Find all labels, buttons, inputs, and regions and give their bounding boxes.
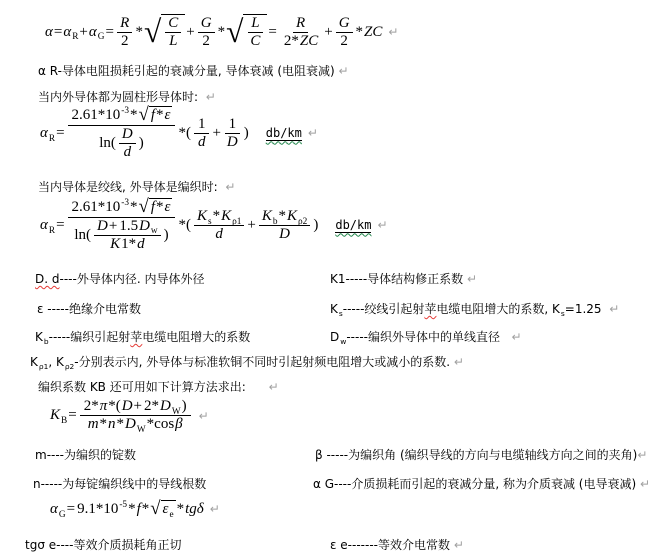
math-var: R: [120, 15, 129, 32]
text-run: β -----为编织角 (编织导线的方向与电缆轴线方向之间的夹角): [315, 448, 637, 462]
math-var: α: [40, 125, 48, 141]
math-numerator: D+1.5Dw: [94, 218, 161, 236]
math-var: K: [262, 208, 272, 224]
math-denominator: 2*ZC: [280, 33, 321, 50]
math-operator: *(: [177, 217, 192, 234]
math-subscript: b: [273, 217, 278, 227]
definition-K1: K1-----导体结构修正系数 ↵: [330, 272, 477, 288]
math-superscript: -5: [119, 500, 127, 510]
math-operator: *: [141, 501, 151, 518]
pilcrow-mark: ↵: [388, 25, 398, 39]
math-operator: =: [267, 24, 277, 41]
math-operator: *(: [107, 398, 122, 415]
math-numerator: 2.61*10-3*√f*ε: [68, 106, 176, 126]
math-operator: *: [129, 107, 139, 124]
math-var: D: [227, 134, 238, 151]
math-var: C: [250, 33, 260, 50]
math-numerator: Kb*Kρ2: [259, 208, 310, 226]
math-operator: 2*: [283, 33, 300, 50]
math-denominator: 2: [336, 33, 352, 50]
math-operator: *: [278, 208, 288, 225]
math-var: C: [168, 15, 178, 32]
math-fraction: R2*ZC: [280, 15, 321, 50]
math-denominator: L: [166, 33, 180, 50]
math-operator: +: [323, 24, 333, 41]
math-operator: ln(: [98, 135, 117, 152]
text-run: ε -----绝缘介电常数: [37, 302, 141, 316]
text-run: -----编织引起射: [49, 330, 131, 344]
definition-Kb: Kb-----编织引起射苹电缆电阻增大的系数: [35, 330, 250, 346]
radical-sign-icon: √: [139, 106, 149, 125]
math-denominator: m*n*DW*cosβ: [85, 416, 186, 433]
math-operator: *: [155, 107, 165, 124]
pilcrow-mark: ↵: [640, 477, 650, 491]
math-var-sub: Kρ1: [221, 208, 241, 225]
math-denominator: D: [276, 226, 293, 243]
math-var: K: [50, 407, 60, 423]
math-numerator: R: [117, 15, 132, 33]
math-operator: ln(: [73, 227, 92, 244]
math-subscript: R: [72, 32, 78, 42]
math-var: ε: [165, 199, 171, 216]
math-fraction: G2: [336, 15, 353, 50]
math-subscript: s: [208, 217, 212, 227]
math-subscript: W: [137, 425, 146, 435]
math-operator: *: [176, 501, 186, 518]
misspelled-text: 苹: [130, 330, 142, 344]
definition-beta: β -----为编织角 (编织导线的方向与电缆轴线方向之间的夹角)↵: [315, 448, 647, 464]
math-subscript: B: [61, 416, 67, 426]
radical-sign-icon: √: [144, 16, 161, 48]
math-fraction: 2.61*10-3*√f*εln(D+1.5DwK1*d): [68, 198, 176, 253]
math-operator: 9.1*10: [76, 501, 119, 518]
math-radicand: CL: [161, 14, 185, 50]
math-var: D: [122, 126, 133, 143]
math-operator: 1: [197, 116, 207, 133]
math-radical: √CL: [144, 14, 185, 50]
text-run: α G----介质损耗而引起的衰减分量, 称为介质衰减 (电导衰减): [313, 477, 640, 491]
math-subscript: R: [49, 134, 55, 144]
text-run: -----绞线引起射: [343, 302, 425, 316]
math-var: π: [100, 398, 108, 415]
math-denominator: ln(D+1.5DwK1*d): [70, 218, 172, 253]
math-subscript: w: [151, 226, 158, 236]
math-operator: 1.5: [118, 218, 139, 235]
math-operator: ): [163, 227, 170, 244]
text-braid-coefficient-intro: 编织系数 KB 还可用如下计算方法求出: ↵: [38, 380, 279, 396]
math-operator: ): [138, 135, 145, 152]
definition-alpha-g: α G----介质损耗而引起的衰减分量, 称为介质衰减 (电导衰减) ↵: [313, 477, 650, 493]
math-var: d: [215, 226, 223, 243]
math-denominator: 2: [117, 33, 133, 50]
math-operator: +: [211, 125, 221, 142]
math-var: D: [139, 218, 150, 234]
math-radical: √f*ε: [139, 198, 173, 217]
math-var-sub: Kb: [262, 208, 278, 225]
text-cylindrical-case: 当内外导体都为圆柱形导体时: ↵: [38, 90, 216, 106]
pilcrow-mark: ↵: [637, 448, 647, 462]
math-operator: 2*: [143, 398, 160, 415]
pilcrow-mark: ↵: [308, 126, 318, 140]
math-numerator: 2*π*(D+2*DW): [80, 398, 191, 416]
math-denominator: ln(Dd): [95, 126, 148, 161]
math-subscript: W: [172, 407, 181, 417]
math-var: D: [97, 218, 108, 235]
math-var: G: [201, 15, 212, 32]
math-denominator: D: [224, 134, 241, 151]
formula-alpha-r-braided: αR=2.61*10-3*√f*εln(D+1.5DwK1*d)*(Ks*Kρ1…: [40, 198, 388, 253]
math-radical: √LC: [226, 14, 267, 50]
math-var: tgδ: [185, 501, 204, 518]
math-operator: +: [108, 218, 118, 235]
math-numerator: G: [198, 15, 215, 33]
radical-sign-icon: √: [139, 198, 149, 217]
math-fraction: 1d: [194, 116, 210, 151]
math-numerator: Ks*Kρ1: [194, 208, 244, 226]
definition-Dw: Dw-----编织外导体中的单线直径 ↵: [330, 330, 522, 346]
math-operator: *: [129, 199, 139, 216]
math-fraction: 2*π*(D+2*DW)m*n*DW*cosβ: [80, 398, 191, 433]
definition-tg-delta-e: tgσ e----等效介质损耗角正切: [25, 538, 181, 554]
math-var-sub: αR: [40, 217, 55, 234]
radical-sign-icon: √: [150, 500, 160, 519]
math-fraction: D+1.5DwK1*d: [94, 218, 161, 253]
pilcrow-mark: ↵: [511, 330, 521, 344]
math-operator: *: [155, 199, 165, 216]
pilcrow-mark: ↵: [225, 180, 235, 194]
math-subscript: G: [98, 32, 105, 42]
math-operator: 2.61*10: [71, 199, 122, 216]
text-subscript: ρ1: [39, 362, 48, 371]
formula-kb: KB=2*π*(D+2*DW)m*n*DW*cosβ↵: [50, 398, 209, 433]
text-run: 编织系数 KB 还可用如下计算方法求出:: [38, 380, 269, 394]
definition-Ks: Ks-----绞线引起射苹电缆电阻增大的系数, Ks=1.25 ↵: [330, 302, 619, 318]
pilcrow-mark: ↵: [339, 64, 349, 78]
text-run: 电缆电阻增大的系数: [142, 330, 250, 344]
pilcrow-mark: ↵: [454, 538, 464, 552]
text-run: K: [330, 302, 338, 316]
math-operator: *: [217, 24, 227, 41]
text-run: K1-----导体结构修正系数: [330, 272, 467, 286]
math-numerator: C: [165, 15, 181, 33]
math-operator: 2: [120, 33, 130, 50]
unit-label: db/km: [266, 126, 302, 140]
math-fraction: 2.61*10-3*√f*εln(Dd): [68, 106, 176, 161]
math-operator: =: [67, 407, 77, 424]
text-run: α R-导体电阻损耗引起的衰减分量, 导体衰减 (电阻衰减): [38, 64, 339, 78]
math-subscript: R: [49, 226, 55, 236]
text-stranded-braided-case: 当内导体是绞线, 外导体是编织时: ↵: [38, 180, 235, 196]
math-denominator: 2: [198, 33, 214, 50]
math-fraction: R2: [117, 15, 133, 50]
math-numerator: 1: [225, 116, 241, 134]
math-var-sub: εe: [163, 501, 174, 518]
text-run: 当内导体是绞线, 外导体是编织时:: [38, 180, 225, 194]
math-fraction: G2: [198, 15, 215, 50]
math-radicand: LC: [243, 14, 267, 50]
math-var: L: [169, 33, 177, 50]
math-operator: ): [181, 398, 188, 415]
math-var-sub: αR: [40, 125, 55, 142]
math-operator: =: [55, 125, 65, 142]
text-run: ----外导体内径. 内导体外径: [60, 272, 205, 286]
math-operator: +: [246, 217, 256, 234]
pilcrow-mark: ↵: [206, 90, 216, 104]
math-var-sub: Kρ2: [287, 208, 307, 225]
text-run: =1.25: [565, 302, 609, 316]
math-numerator: L: [248, 15, 262, 33]
text-subscript: s: [339, 309, 343, 318]
definition-epsilon-e: ε e-------等效介电常数 ↵: [330, 538, 464, 554]
math-var: K: [110, 236, 120, 253]
math-denominator: d: [121, 144, 135, 161]
misspelled-text: D. d: [35, 272, 60, 286]
text-run: n-----为每锭编织线中的导线根数: [33, 477, 206, 491]
math-var: R: [296, 15, 305, 32]
text-run: m----为编织的锭数: [35, 448, 136, 462]
radical-sign-icon: √: [226, 16, 243, 48]
text-run: -----编织外导体中的单线直径: [346, 330, 511, 344]
math-var: K: [287, 208, 297, 224]
math-operator: 2: [339, 33, 349, 50]
math-var: ε: [163, 501, 169, 517]
math-var: ZC: [364, 24, 382, 41]
text-subscript: s: [561, 309, 565, 318]
math-radicand: εe: [161, 500, 176, 518]
math-numerator: 1: [194, 116, 210, 134]
document-page: α=αR+αG=R2*√CL+G2*√LC=R2*ZC+G2*ZC↵ α R-导…: [0, 0, 661, 555]
definition-m: m----为编织的锭数: [35, 448, 136, 464]
math-var: α: [40, 217, 48, 233]
math-operator: *: [99, 416, 109, 433]
math-var-sub: αR: [63, 24, 78, 41]
pilcrow-mark: ↵: [377, 218, 387, 232]
math-denominator: d: [195, 134, 209, 151]
math-superscript: -3: [121, 106, 129, 116]
definition-n: n-----为每锭编织线中的导线根数: [33, 477, 206, 493]
math-var: ZC: [300, 33, 318, 50]
math-operator: +: [133, 398, 143, 415]
math-subscript: ρ2: [298, 217, 307, 227]
math-operator: ): [243, 125, 250, 142]
math-var: α: [89, 24, 97, 40]
math-operator: =: [55, 217, 65, 234]
definition-epsilon: ε -----绝缘介电常数: [37, 302, 141, 318]
text-run: K: [35, 330, 43, 344]
math-numerator: G: [336, 15, 353, 33]
pilcrow-mark: ↵: [467, 272, 477, 286]
text-subscript: ρ2: [65, 362, 74, 371]
math-subscript: e: [169, 510, 173, 520]
math-operator: 2.61*10: [71, 107, 122, 124]
pilcrow-mark: ↵: [609, 302, 619, 316]
math-operator: *cos: [146, 416, 176, 433]
text-alpha-r-description: α R-导体电阻损耗引起的衰减分量, 导体衰减 (电阻衰减) ↵: [38, 64, 349, 80]
math-superscript: -3: [121, 198, 129, 208]
formula-alpha-total: α=αR+αG=R2*√CL+G2*√LC=R2*ZC+G2*ZC↵: [45, 14, 398, 50]
unit-text: db/km: [266, 126, 302, 141]
math-operator: +: [185, 24, 195, 41]
math-radicand: f*ε: [149, 198, 173, 216]
math-fraction: Ks*Kρ1d: [194, 208, 244, 243]
math-operator: *: [355, 24, 365, 41]
math-operator: ): [312, 217, 319, 234]
text-run: tgσ e----等效介质损耗角正切: [25, 538, 181, 552]
math-var: D: [122, 398, 133, 415]
math-var: K: [221, 208, 231, 224]
math-var: ε: [165, 107, 171, 124]
misspelled-text: 苹: [424, 302, 436, 316]
math-numerator: D: [119, 126, 136, 144]
text-subscript: w: [340, 337, 346, 346]
math-var-sub: αG: [50, 501, 66, 518]
math-operator: 2: [201, 33, 211, 50]
text-run: K: [30, 355, 38, 369]
formula-alpha-g: αG=9.1*10-5*f*√εe*tgδ↵: [50, 500, 220, 519]
math-operator: *: [134, 24, 144, 41]
math-var: d: [124, 144, 132, 161]
math-operator: =: [53, 24, 63, 41]
math-var: α: [45, 24, 53, 41]
math-var: d: [198, 134, 206, 151]
text-run: ε e-------等效介电常数: [330, 538, 454, 552]
text-run: 当内外导体都为圆柱形导体时:: [38, 90, 206, 104]
math-var: K: [197, 208, 207, 224]
math-subscript: G: [59, 510, 66, 520]
math-var: α: [50, 501, 58, 517]
math-fraction: Kb*Kρ2D: [259, 208, 310, 243]
math-operator: 1: [228, 116, 238, 133]
math-var-sub: DW: [125, 416, 146, 433]
definition-Dd: D. d----外导体内径. 内导体外径: [35, 272, 204, 288]
math-denominator: K1*d: [107, 236, 148, 253]
math-radical: √f*ε: [139, 106, 173, 125]
math-fraction: Dd: [119, 126, 136, 161]
math-var-sub: αG: [89, 24, 105, 41]
formula-alpha-r-cylindrical: αR=2.61*10-3*√f*εln(Dd)*(1d+1D)db/km↵: [40, 106, 318, 161]
math-var: D: [279, 226, 290, 243]
math-var: D: [160, 398, 171, 414]
math-operator: 2*: [83, 398, 100, 415]
math-var-sub: DW: [160, 398, 181, 415]
math-var: G: [339, 15, 350, 32]
math-var-sub: Dw: [139, 218, 158, 235]
math-fraction: 1D: [224, 116, 241, 151]
math-operator: 1*: [120, 236, 137, 253]
math-operator: *: [116, 416, 126, 433]
text-run: 电缆电阻增大的系数, K: [436, 302, 560, 316]
math-operator: *: [127, 501, 137, 518]
math-var: n: [108, 416, 116, 433]
pilcrow-mark: ↵: [269, 380, 279, 394]
math-radicand: f*ε: [149, 106, 173, 124]
math-var-sub: KB: [50, 407, 67, 424]
text-run: D: [330, 330, 339, 344]
definition-Kp1-Kp2: Kρ1, Kρ2-分别表示内, 外导体与标准软铜不同时引起射频电阻增大或减小的系…: [30, 355, 464, 371]
math-numerator: 2.61*10-3*√f*ε: [68, 198, 176, 218]
math-radical: √εe: [150, 500, 175, 519]
math-operator: +: [78, 24, 88, 41]
math-operator: =: [66, 501, 76, 518]
pilcrow-mark: ↵: [199, 409, 209, 423]
math-var: L: [251, 15, 259, 32]
math-var: D: [125, 416, 136, 432]
text-run: , K: [48, 355, 64, 369]
math-var-sub: Ks: [197, 208, 212, 225]
text-run: -分别表示内, 外导体与标准软铜不同时引起射频电阻增大或减小的系数.: [74, 355, 454, 369]
math-operator: =: [104, 24, 114, 41]
pilcrow-mark: ↵: [210, 502, 220, 516]
math-subscript: ρ1: [232, 217, 241, 227]
pilcrow-mark: ↵: [454, 355, 464, 369]
math-fraction: CL: [165, 15, 181, 50]
unit-label: db/km: [335, 218, 371, 232]
math-var: β: [175, 416, 182, 433]
math-denominator: C: [247, 33, 263, 50]
math-var: d: [137, 236, 145, 253]
math-numerator: R: [293, 15, 308, 33]
math-operator: *: [212, 208, 222, 225]
math-fraction: LC: [247, 15, 263, 50]
math-var: α: [63, 24, 71, 40]
math-var: m: [88, 416, 99, 433]
text-subscript: b: [44, 337, 49, 346]
math-operator: *(: [177, 125, 192, 142]
math-denominator: d: [212, 226, 226, 243]
unit-text: db/km: [335, 218, 371, 233]
